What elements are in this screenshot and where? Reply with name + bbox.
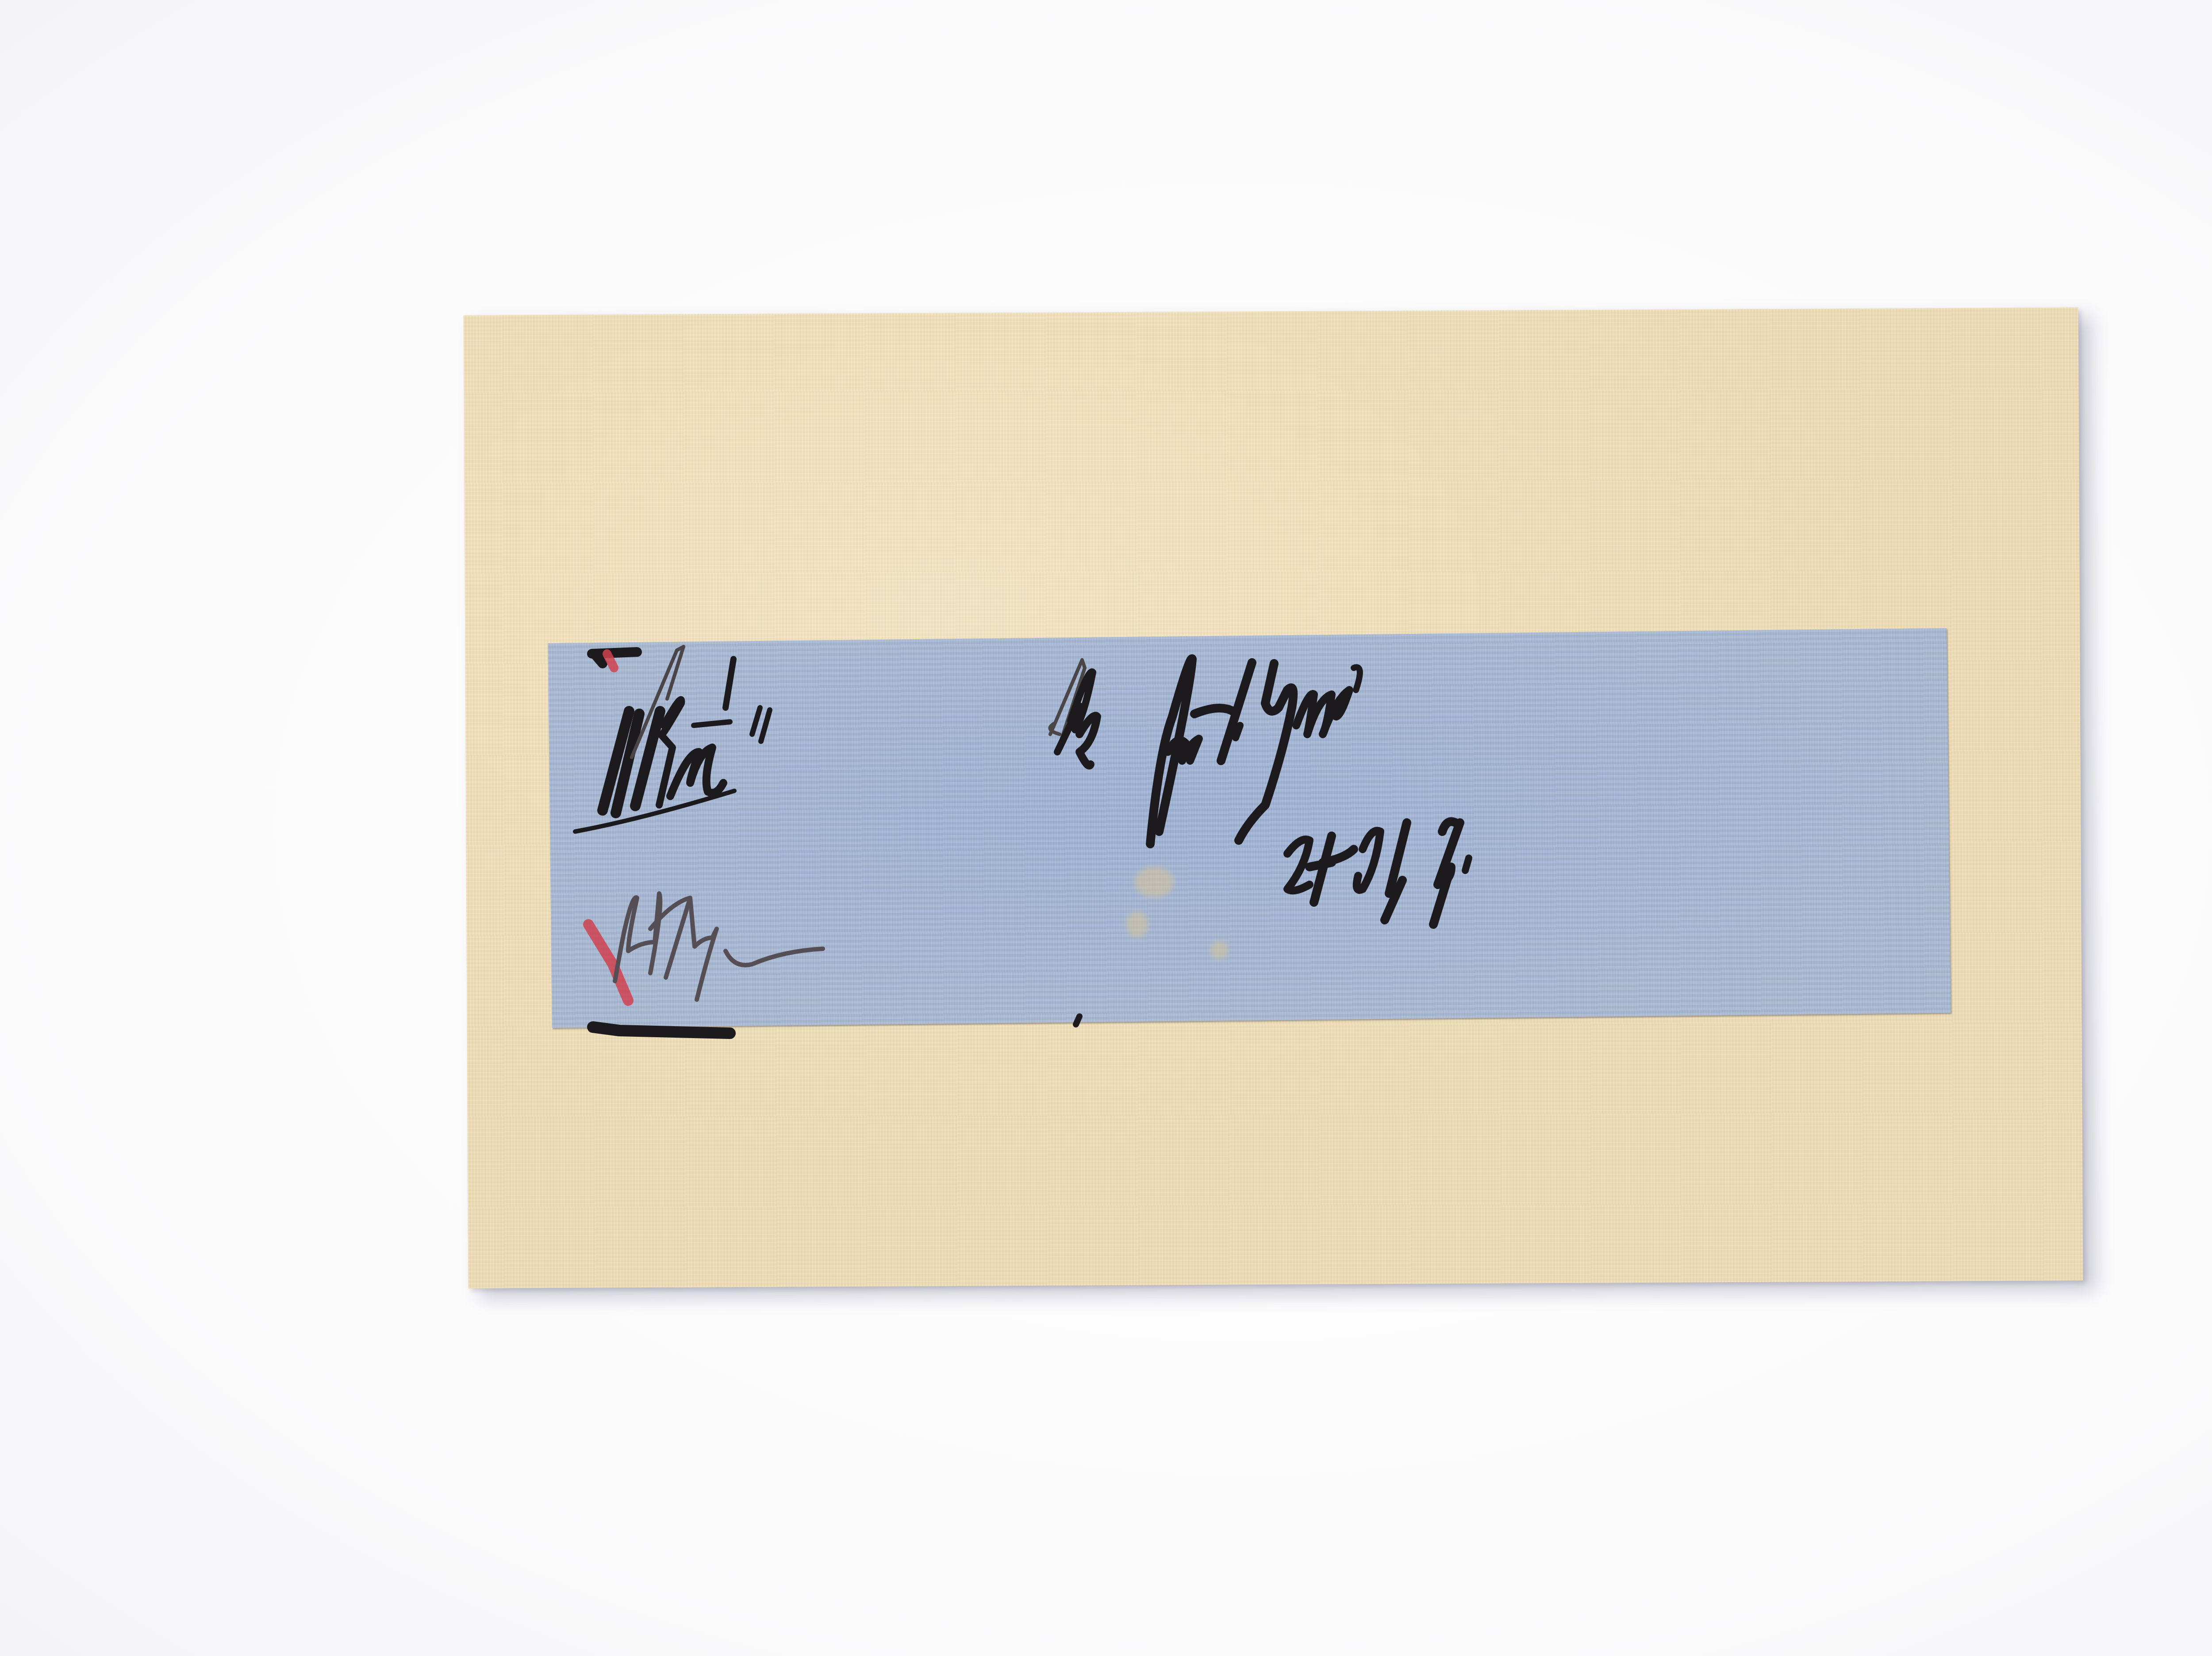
quote-handwriting [752, 659, 1360, 844]
signature-handwriting [615, 893, 823, 1000]
reference-handwriting [575, 647, 734, 832]
date-handwriting [1287, 822, 1469, 925]
handwriting-layer [0, 0, 2212, 1656]
